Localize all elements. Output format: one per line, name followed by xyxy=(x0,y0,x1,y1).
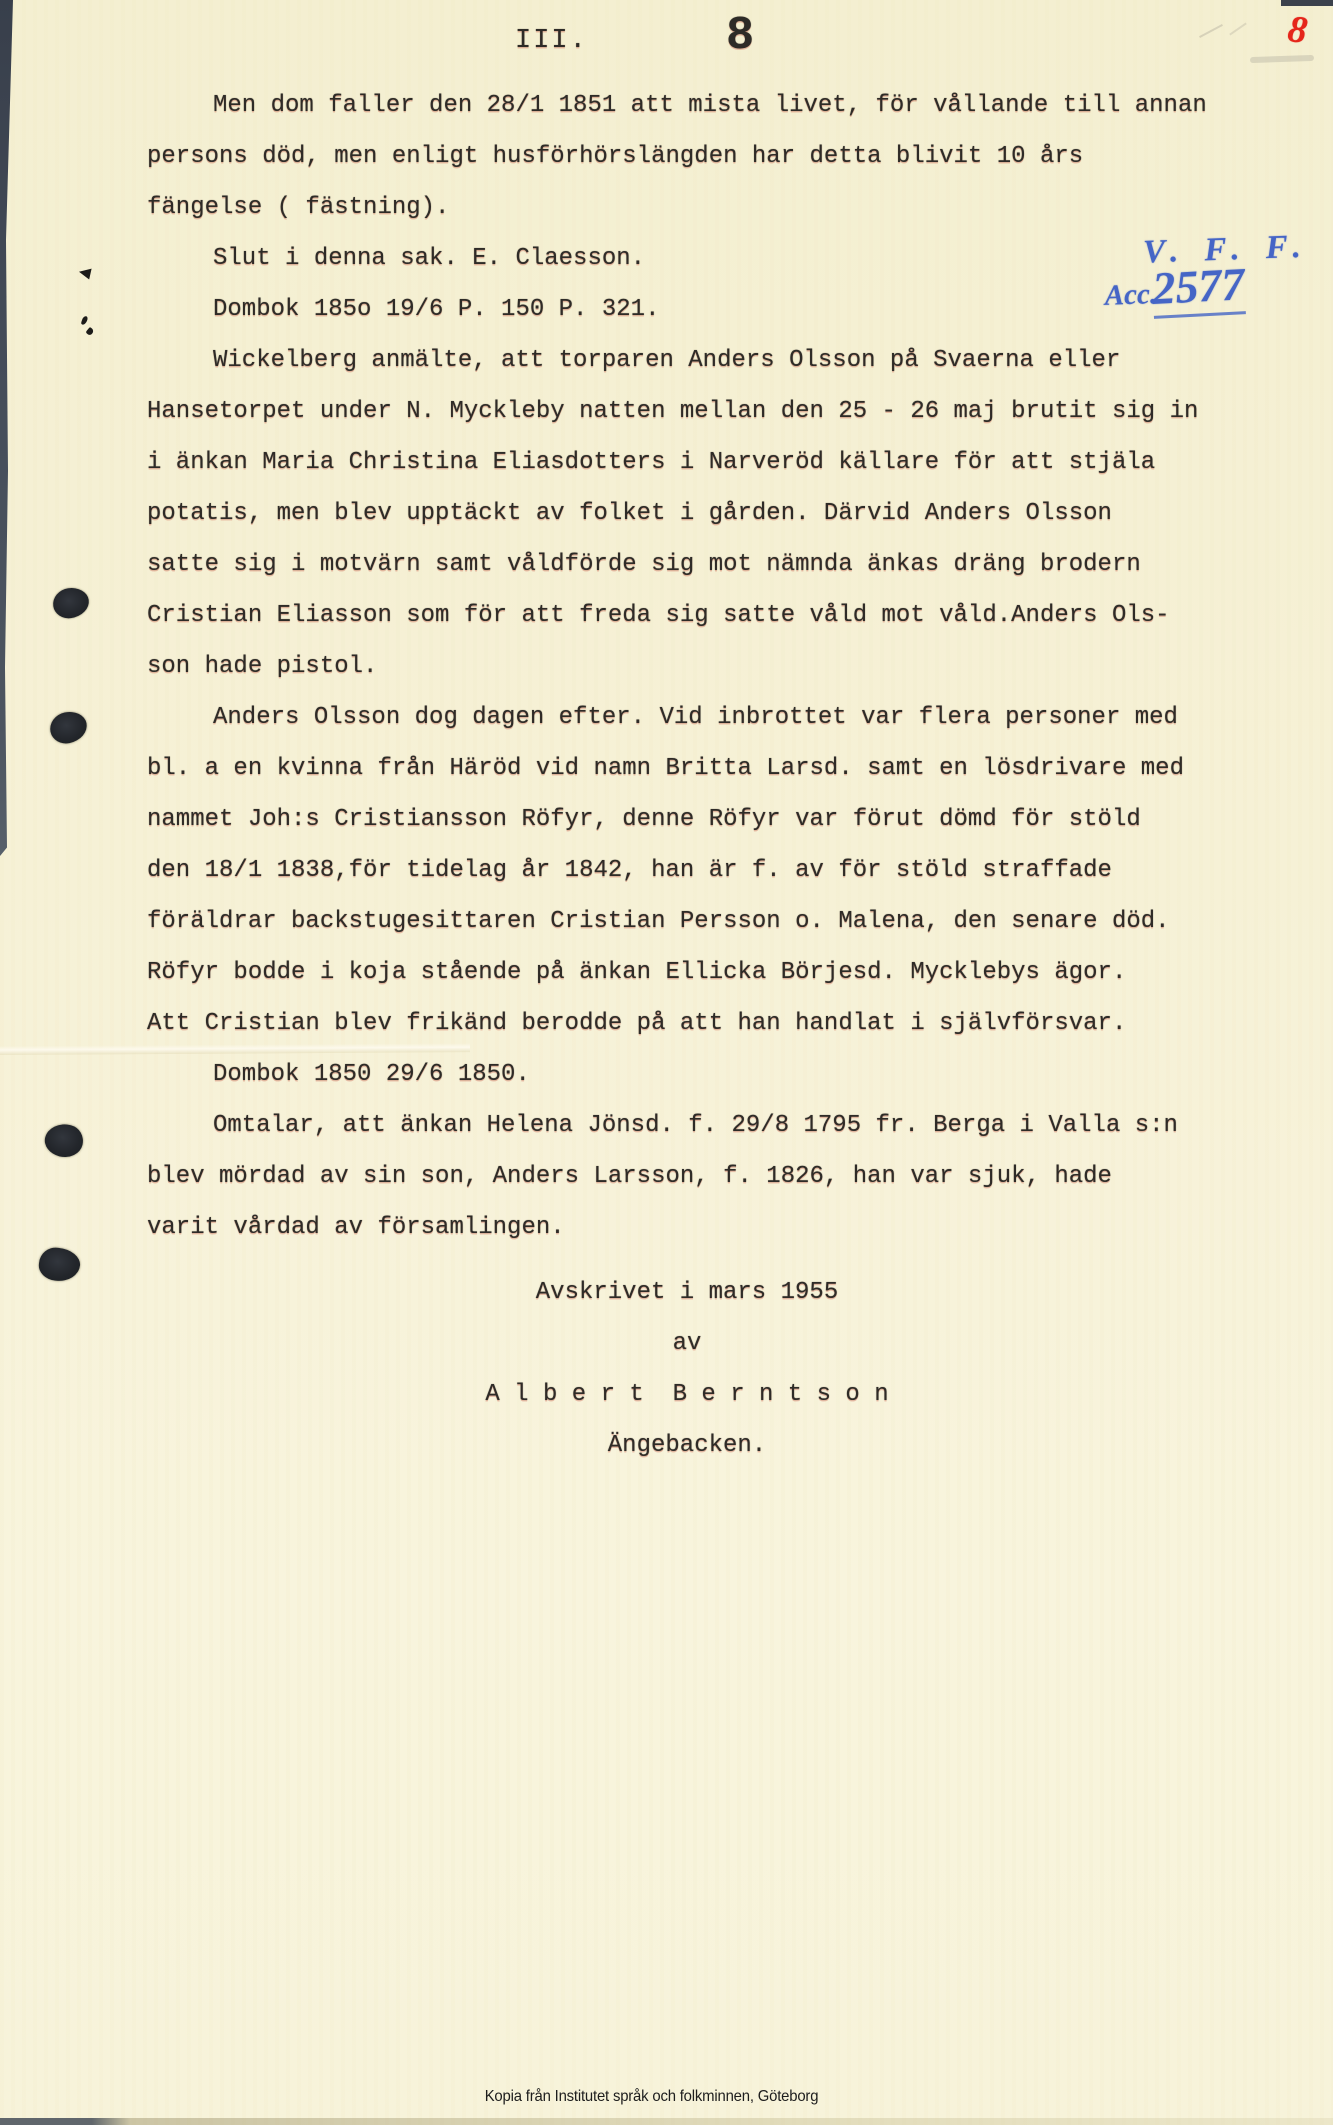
text-line: föräldrar backstugesittaren Cristian Per… xyxy=(147,896,1227,947)
text-line: i änkan Maria Christina Eliasdotters i N… xyxy=(147,437,1227,488)
pencil-mark xyxy=(1199,24,1223,38)
text-line: satte sig i motvärn samt våldförde sig m… xyxy=(147,539,1227,590)
ink-mark xyxy=(81,315,89,325)
text-line: fängelse ( fästning). xyxy=(147,182,1227,233)
text-line: A l b e r t B e r n t s o n xyxy=(147,1369,1227,1420)
text-line: Omtalar, att änkan Helena Jönsd. f. 29/8… xyxy=(147,1100,1227,1151)
corner-page-number: 8 xyxy=(1285,7,1309,53)
text-line: av xyxy=(147,1318,1227,1369)
text-line: Anders Olsson dog dagen efter. Vid inbro… xyxy=(147,692,1227,743)
text-line: Men dom faller den 28/1 1851 att mista l… xyxy=(147,80,1227,131)
text-line: nammet Joh:s Cristiansson Röfyr, denne R… xyxy=(147,794,1227,845)
section-heading: III. xyxy=(515,26,588,56)
punch-hole xyxy=(51,586,91,621)
text-line: Cristian Eliasson som för att freda sig … xyxy=(147,590,1227,641)
text-line: persons död, men enligt husförhörslängde… xyxy=(147,131,1227,182)
text-line: son hade pistol. xyxy=(147,641,1227,692)
scan-edge-bottom xyxy=(0,2118,1333,2125)
text-line: varit vårdad av församlingen. xyxy=(147,1202,1227,1253)
text-line: Dombok 1850 29/6 1850. xyxy=(147,1049,1227,1100)
scan-edge-top-right xyxy=(1281,0,1333,6)
text-line: bl. a en kvinna från Häröd vid namn Brit… xyxy=(147,743,1227,794)
text-line: Ängebacken. xyxy=(147,1420,1227,1471)
text-line: Avskrivet i mars 1955 xyxy=(147,1267,1227,1318)
text-line: Wickelberg anmälte, att torparen Anders … xyxy=(147,335,1227,386)
scan-edge-left xyxy=(0,0,14,856)
typewritten-text: Men dom faller den 28/1 1851 att mista l… xyxy=(147,80,1227,1471)
smudge-mark xyxy=(1250,55,1314,63)
text-line: Röfyr bodde i koja stående på änkan Elli… xyxy=(147,947,1227,998)
text-line: den 18/1 1838,för tidelag år 1842, han ä… xyxy=(147,845,1227,896)
footer-caption: Kopia från Institutet språk och folkminn… xyxy=(46,2088,1258,2106)
punch-hole xyxy=(42,1120,87,1161)
text-line: Dombok 185o 19/6 P. 150 P. 321. xyxy=(147,284,1227,335)
ink-mark xyxy=(85,327,94,336)
scanned-document-page: III. 8 8 V. F. F. Acc. 2577 Men dom fall… xyxy=(0,0,1333,2125)
text-line: blev mördad av sin son, Anders Larsson, … xyxy=(147,1151,1227,1202)
punch-hole xyxy=(37,1246,81,1283)
text-line: potatis, men blev upptäckt av folket i g… xyxy=(147,488,1227,539)
text-line: Att Cristian blev frikänd berodde på att… xyxy=(147,998,1227,1049)
page-number: 8 xyxy=(726,10,754,63)
text-line: Hansetorpet under N. Myckleby natten mel… xyxy=(147,386,1227,437)
text-line: Slut i denna sak. E. Claesson. xyxy=(147,233,1227,284)
pencil-mark xyxy=(1229,22,1247,35)
ink-mark xyxy=(79,269,94,282)
punch-hole xyxy=(47,708,90,746)
